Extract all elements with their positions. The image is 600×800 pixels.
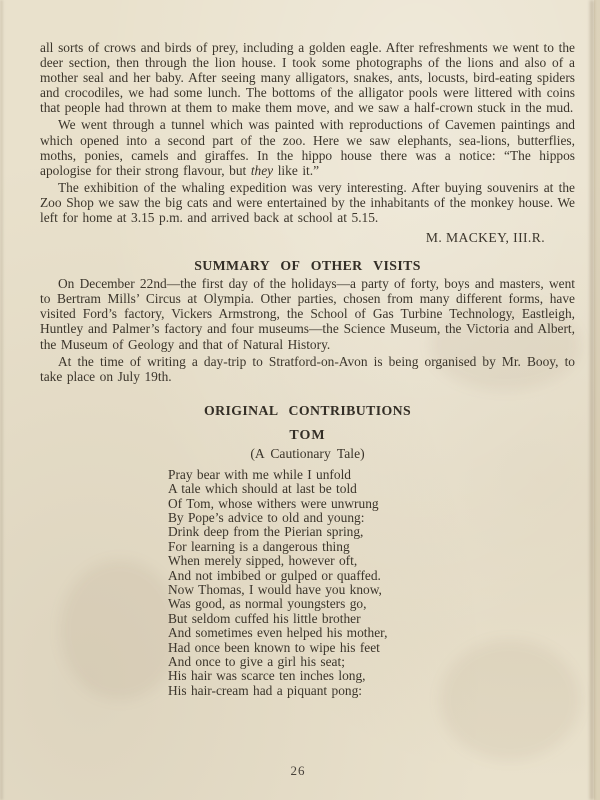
- page-edge-shadow: [590, 0, 594, 800]
- paragraph-stratford-trip: At the time of writing a day-trip to Str…: [40, 354, 575, 384]
- author-signature: M. MACKEY, III.R.: [40, 230, 575, 246]
- page-number: 26: [0, 763, 596, 779]
- page-edge-right-strip: [594, 0, 600, 800]
- italic-word-they: they: [251, 163, 273, 178]
- poem-line: Of Tom, whose withers were unwrung: [168, 497, 575, 511]
- poem-line: Drink deep from the Pierian spring,: [168, 525, 575, 539]
- poem-subtitle: (A Cautionary Tale): [40, 446, 575, 462]
- poem-line: Had once been known to wipe his feet: [168, 641, 575, 655]
- paragraph-zoo-continuation: all sorts of crows and birds of prey, in…: [40, 40, 575, 115]
- poem-line: For learning is a dangerous thing: [168, 540, 575, 554]
- poem-line: His hair was scarce ten inches long,: [168, 669, 575, 683]
- poem-line: His hair-cream had a piquant pong:: [168, 684, 575, 698]
- poem-line: When merely sipped, however oft,: [168, 554, 575, 568]
- section-heading-summary: SUMMARY OF OTHER VISITS: [40, 258, 575, 274]
- poem-line: And sometimes even helped his mother,: [168, 626, 575, 640]
- scanned-magazine-page: all sorts of crows and birds of prey, in…: [0, 0, 600, 800]
- poem-line: By Pope’s advice to old and young:: [168, 511, 575, 525]
- paragraph-tunnel-tail: like it.”: [273, 163, 319, 178]
- poem-title: TOM: [40, 428, 575, 444]
- page-edge-left-shade: [0, 0, 3, 800]
- poem-line: And once to give a girl his seat;: [168, 655, 575, 669]
- poem-line: Now Thomas, I would have you know,: [168, 583, 575, 597]
- poem-line: And not imbibed or gulped or quaffed.: [168, 569, 575, 583]
- poem-line: Pray bear with me while I unfold: [168, 468, 575, 482]
- paragraph-whaling-exhibition: The exhibition of the whaling expedition…: [40, 180, 575, 225]
- paragraph-tunnel: We went through a tunnel which was paint…: [40, 117, 575, 177]
- text-block: all sorts of crows and birds of prey, in…: [40, 40, 575, 698]
- poem-line: But seldom cuffed his little brother: [168, 612, 575, 626]
- poem-line: A tale which should at last be told: [168, 482, 575, 496]
- poem-line: Was good, as normal youngsters go,: [168, 597, 575, 611]
- paragraph-other-visits: On December 22nd—the first day of the ho…: [40, 276, 575, 351]
- poem-tom: Pray bear with me while I unfold A tale …: [168, 468, 575, 699]
- section-heading-original-contributions: ORIGINAL CONTRIBUTIONS: [40, 403, 575, 419]
